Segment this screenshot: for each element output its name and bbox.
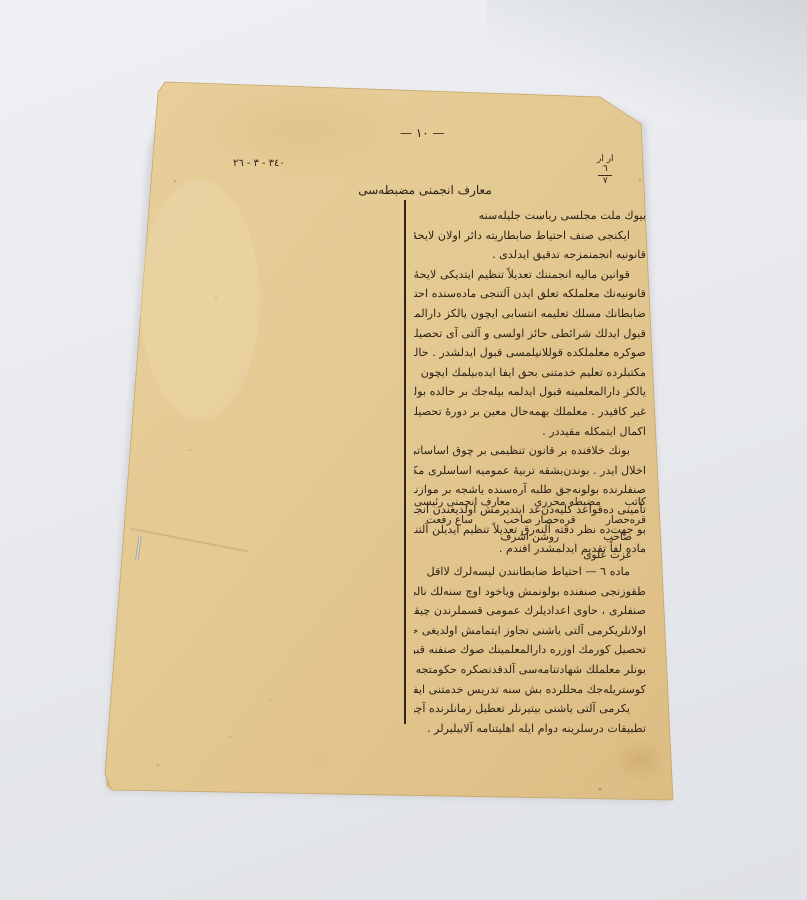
document-date: ٣٤٠ - ٣ - ٢٦	[233, 158, 285, 169]
body-line: ضابطانك مسلك تعلیمه انتسابی ایچون یالکز …	[414, 304, 646, 324]
body-line: بونك خلافنده بر قانون تنظیمی بر چوق اساس…	[414, 441, 646, 461]
body-line: غیر کافیدر . معلملك بهمه‌حال معین بر دور…	[414, 402, 646, 422]
signature-name: صاحب	[603, 529, 646, 547]
page-number: — ١٠ —	[400, 126, 445, 140]
signature-title: مضبطه محرری	[534, 494, 601, 512]
article-line: ماده ٦ — احتیاط ضابطانندن لیسه‌لرك لااقل	[414, 562, 646, 582]
article-line: صنفلری ، حاوی اعدادیلرك عمومی قسملرندن چ…	[414, 601, 646, 621]
body-line: مکتبلرده تعلیم خدمتنی بحق ایفا ایده‌بیلم…	[414, 363, 646, 383]
signature-row: قره‌حصار قره‌حصار صاحب ساع رفعت	[414, 512, 646, 530]
article-line: تحصیل کورمك اوزره دارالمعلمینك صوك صنفنه…	[414, 640, 646, 660]
signature-name: قره‌حصار صاحب	[503, 512, 575, 530]
signature-row: صاحب روشن اشرف	[414, 529, 646, 547]
signature-name: قره‌حصار	[606, 512, 646, 530]
signature-title: کاتب	[625, 494, 646, 512]
reference-note-top: ار ار	[597, 154, 614, 164]
document-title: معارف انجمنی مضبطه‌سی	[340, 183, 510, 197]
body-line: قبول ایدلك شرائطی حائز اولسی و آلتی آی ت…	[414, 324, 646, 344]
document-text: — ١٠ — ٣٤٠ - ٣ - ٢٦ ار ار ٦ ٧ معارف انجم…	[0, 0, 807, 900]
margin-rule	[404, 200, 406, 724]
article-line: یکرمی آلتی یاشنی بیتیرنلر تعطیل زمانلرند…	[414, 699, 646, 719]
reference-note: ار ار ٦ ٧	[597, 154, 614, 186]
reference-note-numerator: ٦	[597, 164, 614, 174]
body-line: قانونیه‌نك معلملکه تعلق ایدن آلتنجی ماده…	[414, 284, 646, 304]
body-line: قانونیه انجمنمزجه تدقیق ایدلدی .	[414, 245, 646, 265]
signature-row: کاتب مضبطه محرری معارف انجمنی رئیسی	[414, 494, 646, 512]
body-line: ایکنجی صنف احتیاط ضابطاریته دائر اولان ل…	[414, 226, 646, 246]
article-line: تطبیقات درسلرینه دوام ایله اهلیتنامه آلا…	[414, 719, 646, 739]
article-line: طقوزنجی صنفنده بولونمش ویاخود اوچ سنه‌لك…	[414, 582, 646, 602]
body-line: یالکز دارالمعلمینه قبول ایدلمه بیله‌جك ب…	[414, 382, 646, 402]
article-text: ماده ٦ — احتیاط ضابطانندن لیسه‌لرك لااقل…	[414, 562, 646, 738]
signature-name: روشن اشرف	[500, 529, 559, 547]
body-line: اکمال ایتمکله مقیددر .	[414, 422, 646, 442]
body-line: صوکره معلملکده قوللانیلمسی قبول ایدلشدر …	[414, 343, 646, 363]
reference-note-denominator: ٧	[597, 176, 614, 186]
signature-block: کاتب مضبطه محرری معارف انجمنی رئیسی قره‌…	[414, 494, 646, 564]
article-line: بونلر معلملك شهادتنامه‌سی آلدقدنصکره حکو…	[414, 660, 646, 680]
body-line: اخلال ایدر . بوندن‌بشقه تربیهٔ عمومیه اس…	[414, 461, 646, 481]
signature-title: معارف انجمنی رئیسی	[414, 494, 510, 512]
body-line: قوانین مالیه انجمننك تعدیلاً تنظیم ایتدی…	[414, 265, 646, 285]
article-line: اولانلریکرمی آلتی یاشنی تجاوز ایتمامش او…	[414, 621, 646, 641]
signature-name: ساع رفعت	[414, 512, 473, 530]
article-line: کوستریله‌جك محللرده بش سنه تدریس خدمتنی …	[414, 680, 646, 700]
body-line: بیوك ملت مجلسی ریاست جلیله‌سنه	[414, 206, 646, 226]
